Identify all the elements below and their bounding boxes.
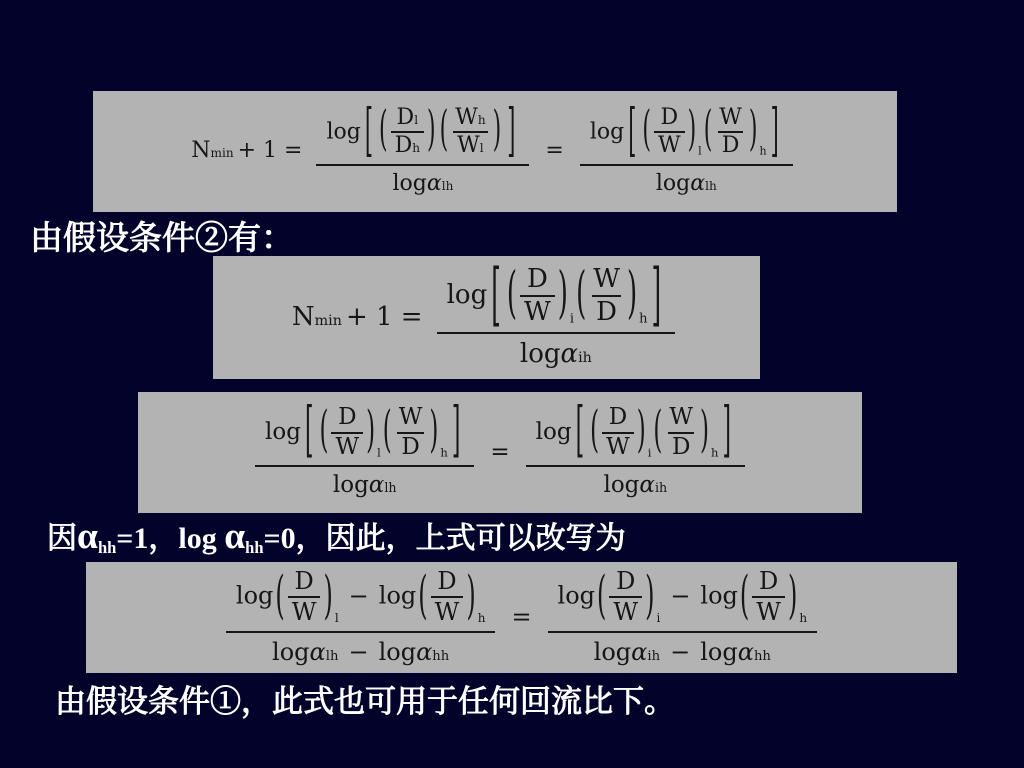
term-D: D — [656, 106, 682, 132]
formula-lead: Nmin+ 1 = — [191, 138, 302, 164]
left-bracket: [ — [628, 97, 636, 166]
term-N: N — [292, 302, 315, 332]
right-paren: ) — [493, 104, 502, 161]
subscript-hh: hh — [245, 538, 263, 557]
fraction-W-over-D: WD — [715, 106, 746, 159]
formula-2: Nmin+ 1 = log[(DW)i(WD)h] logαih — [292, 265, 681, 370]
fraction-D-over-W: DW — [602, 405, 634, 461]
subscript-min: min — [210, 146, 233, 160]
subscript-min: min — [315, 313, 342, 329]
left-paren: ( — [440, 104, 449, 161]
big-fraction-right: log[(DW)l(WD)h] logαlh — [580, 106, 793, 198]
log-token: log — [272, 638, 310, 666]
right-paren: ) — [637, 403, 646, 462]
log-token: log — [326, 119, 360, 144]
subscript-lh: lh — [326, 649, 339, 664]
caption-text: 因 — [47, 522, 77, 555]
log-token: log — [236, 582, 274, 610]
fraction-D-over-W: DW — [288, 568, 321, 626]
numerator: log[(DW)i(WD)h] — [437, 265, 676, 332]
denominator: logαlh — [316, 164, 529, 197]
alpha-symbol: α — [369, 472, 385, 498]
term-W: W — [654, 131, 685, 159]
alpha-symbol: α — [561, 339, 579, 369]
denominator: logαlh — [580, 164, 793, 197]
right-paren: ) — [749, 104, 758, 161]
right-paren: ) — [323, 565, 332, 627]
left-paren: ( — [379, 104, 388, 161]
right-paren: ) — [645, 565, 654, 627]
big-fraction-right: log(DW)i−log(DW)h logαih−logαhh — [548, 568, 818, 667]
right-paren: ) — [429, 403, 438, 462]
formula-4: log(DW)l−log(DW)h logαlh−logαhh = log(DW… — [220, 568, 823, 667]
numerator: log(DW)i−log(DW)h — [548, 568, 818, 631]
log-token: log — [379, 638, 417, 666]
log-token: log — [700, 582, 738, 610]
log-token: log — [333, 472, 369, 498]
fraction-D-over-W: DW — [331, 405, 363, 461]
numerator: log[(DW)i(WD)h] — [526, 405, 745, 466]
right-paren: ) — [688, 104, 697, 161]
term-D: D — [397, 432, 423, 461]
subscript-ih: ih — [578, 350, 592, 366]
log-token: log — [700, 638, 738, 666]
subscript-h: h — [478, 113, 486, 127]
subscript-lh: lh — [705, 179, 717, 193]
numerator: log[(DW)l(WD)h] — [255, 405, 474, 466]
alpha-symbol: α — [738, 638, 754, 666]
right-paren: ) — [788, 565, 797, 627]
formula-image-3: log[(DW)l(WD)h] logαlh = log[(DW)i(WD)h]… — [138, 392, 862, 513]
term-W: W — [331, 432, 363, 461]
term-W: W — [431, 596, 464, 626]
term-D: D — [718, 131, 744, 159]
log-token: log — [590, 119, 624, 144]
alpha-symbol: α — [224, 516, 245, 557]
equals-sign: = — [490, 439, 509, 467]
subscript-hh: hh — [754, 649, 771, 664]
numerator: log[(DlDh)(WhWl)] — [316, 106, 529, 164]
left-paren: ( — [576, 262, 586, 329]
log-token: log — [603, 472, 639, 498]
big-fraction-left: log(DW)l−log(DW)h logαlh−logαhh — [226, 568, 496, 667]
minus-sign: − — [670, 638, 690, 666]
big-fraction-left: log[(DlDh)(WhWl)] logαlh — [316, 106, 529, 198]
equals-sign: = — [545, 138, 563, 164]
left-bracket: [ — [576, 397, 585, 469]
subscript-i: i — [656, 611, 660, 625]
left-paren: ( — [642, 104, 651, 161]
subscript-ih: ih — [655, 480, 667, 495]
left-paren: ( — [597, 565, 606, 627]
alpha-symbol: α — [77, 516, 98, 557]
left-bracket: [ — [305, 397, 314, 469]
term-D: D — [592, 295, 621, 327]
term-W: W — [589, 265, 624, 295]
formula-image-1: Nmin+ 1 = log[(DlDh)(WhWl)] logαlh = log… — [93, 91, 897, 212]
right-paren: ) — [427, 104, 436, 161]
minus-sign: − — [348, 638, 368, 666]
alpha-symbol: α — [427, 171, 442, 196]
log-token: log — [594, 638, 632, 666]
left-paren: ( — [740, 565, 749, 627]
subscript-l: l — [377, 446, 381, 460]
subscript-l: l — [414, 113, 418, 127]
subscript-ih: ih — [647, 649, 660, 664]
left-paren: ( — [320, 403, 329, 462]
right-paren: ) — [558, 262, 568, 329]
subscript-l: l — [698, 145, 702, 158]
caption-text: =1，log — [116, 522, 224, 555]
term-W: W — [288, 596, 321, 626]
left-paren: ( — [418, 565, 427, 627]
term-W: W — [457, 133, 480, 158]
term-D: D — [755, 568, 782, 596]
subscript-l: l — [480, 141, 484, 155]
formula-3: log[(DW)l(WD)h] logαlh = log[(DW)i(WD)h]… — [249, 405, 751, 500]
alpha-symbol: α — [416, 638, 432, 666]
right-bracket: ] — [652, 254, 662, 336]
term-D: D — [668, 432, 694, 461]
left-paren: ( — [590, 403, 599, 462]
term-D: D — [290, 568, 317, 596]
subscript-h: h — [639, 311, 647, 327]
denominator: logαih−logαhh — [548, 631, 818, 667]
alpha-symbol: α — [310, 638, 326, 666]
formula-lead: Nmin+ 1 = — [292, 302, 423, 333]
log-token: log — [447, 280, 488, 310]
subscript-lh: lh — [384, 480, 396, 495]
term-W: W — [602, 432, 634, 461]
numerator: log[(DW)l(WD)h] — [580, 106, 793, 164]
fraction-Wh-over-Wl: WhWl — [451, 106, 489, 159]
subscript-i: i — [648, 446, 652, 460]
caption-line-3: 由假设条件①，此式也可用于任何回流比下。 — [55, 676, 675, 721]
left-bracket: [ — [491, 254, 501, 336]
caption-line-1: 由假设条件②有： — [30, 212, 294, 259]
denominator: logαlh — [255, 465, 474, 500]
big-fraction-right: log[(DW)i(WD)h] logαih — [526, 405, 745, 500]
alpha-symbol: α — [639, 472, 655, 498]
alpha-symbol: α — [690, 171, 705, 196]
log-token: log — [656, 171, 690, 196]
denominator: logαlh−logαhh — [226, 631, 496, 667]
term-D: D — [334, 405, 360, 432]
term-D: D — [605, 405, 631, 432]
numerator: log(DW)l−log(DW)h — [226, 568, 496, 631]
formula-image-4: log(DW)l−log(DW)h logαlh−logαhh = log(DW… — [86, 562, 957, 673]
subscript-lh: lh — [442, 179, 454, 193]
subscript-l: l — [335, 611, 339, 625]
term-D: D — [395, 133, 413, 158]
right-paren: ) — [627, 262, 637, 329]
term-N: N — [191, 138, 210, 163]
term-W: W — [520, 295, 555, 327]
term-D: D — [433, 568, 460, 596]
right-paren: ) — [466, 565, 475, 627]
log-token: log — [536, 419, 572, 445]
right-bracket: ] — [507, 97, 515, 166]
fraction-D-over-W: DW — [609, 568, 642, 626]
log-token: log — [379, 582, 417, 610]
subscript-h: h — [412, 141, 420, 155]
subscript-hh: hh — [432, 649, 449, 664]
fraction-D-over-W: DW — [431, 568, 464, 626]
term-W: W — [665, 405, 697, 432]
minus-sign: − — [349, 582, 369, 610]
presentation-slide: Nmin+ 1 = log[(DlDh)(WhWl)] logαlh = log… — [0, 0, 1024, 768]
formula-image-2: Nmin+ 1 = log[(DW)i(WD)h] logαih — [213, 256, 760, 379]
subscript-h: h — [478, 611, 486, 625]
subscript-h: h — [760, 145, 767, 158]
term-W: W — [455, 105, 478, 130]
log-token: log — [558, 582, 596, 610]
right-paren: ) — [366, 403, 375, 462]
alpha-symbol: α — [631, 638, 647, 666]
caption-line-2: 因αhh=1，log αhh=0，因此，上式可以改写为 — [47, 513, 626, 558]
subscript-h: h — [711, 446, 718, 460]
log-token: log — [520, 339, 561, 369]
right-bracket: ] — [722, 397, 731, 469]
subscript-h: h — [440, 446, 447, 460]
equals-sign: = — [511, 603, 531, 632]
formula-1: Nmin+ 1 = log[(DlDh)(WhWl)] logαlh = log… — [191, 106, 799, 198]
fraction-W-over-D: WD — [665, 405, 697, 461]
denominator: logαih — [437, 332, 676, 370]
fraction-D-over-W: DW — [520, 265, 555, 327]
right-paren: ) — [700, 403, 709, 462]
term-D: D — [523, 265, 552, 295]
plus-one-equals: + 1 = — [346, 302, 423, 332]
fraction-D-over-W: DW — [752, 568, 785, 626]
plus-one-equals: + 1 = — [238, 138, 303, 163]
subscript-i: i — [570, 311, 574, 327]
fraction-D-over-W: DW — [654, 106, 685, 159]
term-W: W — [395, 405, 427, 432]
right-bracket: ] — [771, 97, 779, 166]
term-W: W — [715, 106, 746, 132]
minus-sign: − — [670, 582, 690, 610]
log-token: log — [392, 171, 426, 196]
caption-text: =0，因此，上式可以改写为 — [264, 522, 626, 555]
left-paren: ( — [383, 403, 392, 462]
term-W: W — [752, 596, 785, 626]
fraction-W-over-D: WD — [589, 265, 624, 327]
left-paren: ( — [704, 104, 713, 161]
term-D: D — [612, 568, 639, 596]
right-bracket: ] — [452, 397, 461, 469]
subscript-hh: hh — [98, 538, 116, 557]
left-paren: ( — [653, 403, 662, 462]
big-fraction: log[(DW)i(WD)h] logαih — [437, 265, 676, 370]
term-D: D — [397, 105, 415, 130]
subscript-h: h — [799, 611, 807, 625]
left-paren: ( — [275, 565, 284, 627]
log-token: log — [265, 419, 301, 445]
big-fraction-left: log[(DW)l(WD)h] logαlh — [255, 405, 474, 500]
fraction-W-over-D: WD — [395, 405, 427, 461]
term-W: W — [609, 596, 642, 626]
left-paren: ( — [507, 262, 517, 329]
left-bracket: [ — [365, 97, 373, 166]
denominator: logαih — [526, 465, 745, 500]
fraction-Dl-over-Dh: DlDh — [391, 106, 424, 159]
